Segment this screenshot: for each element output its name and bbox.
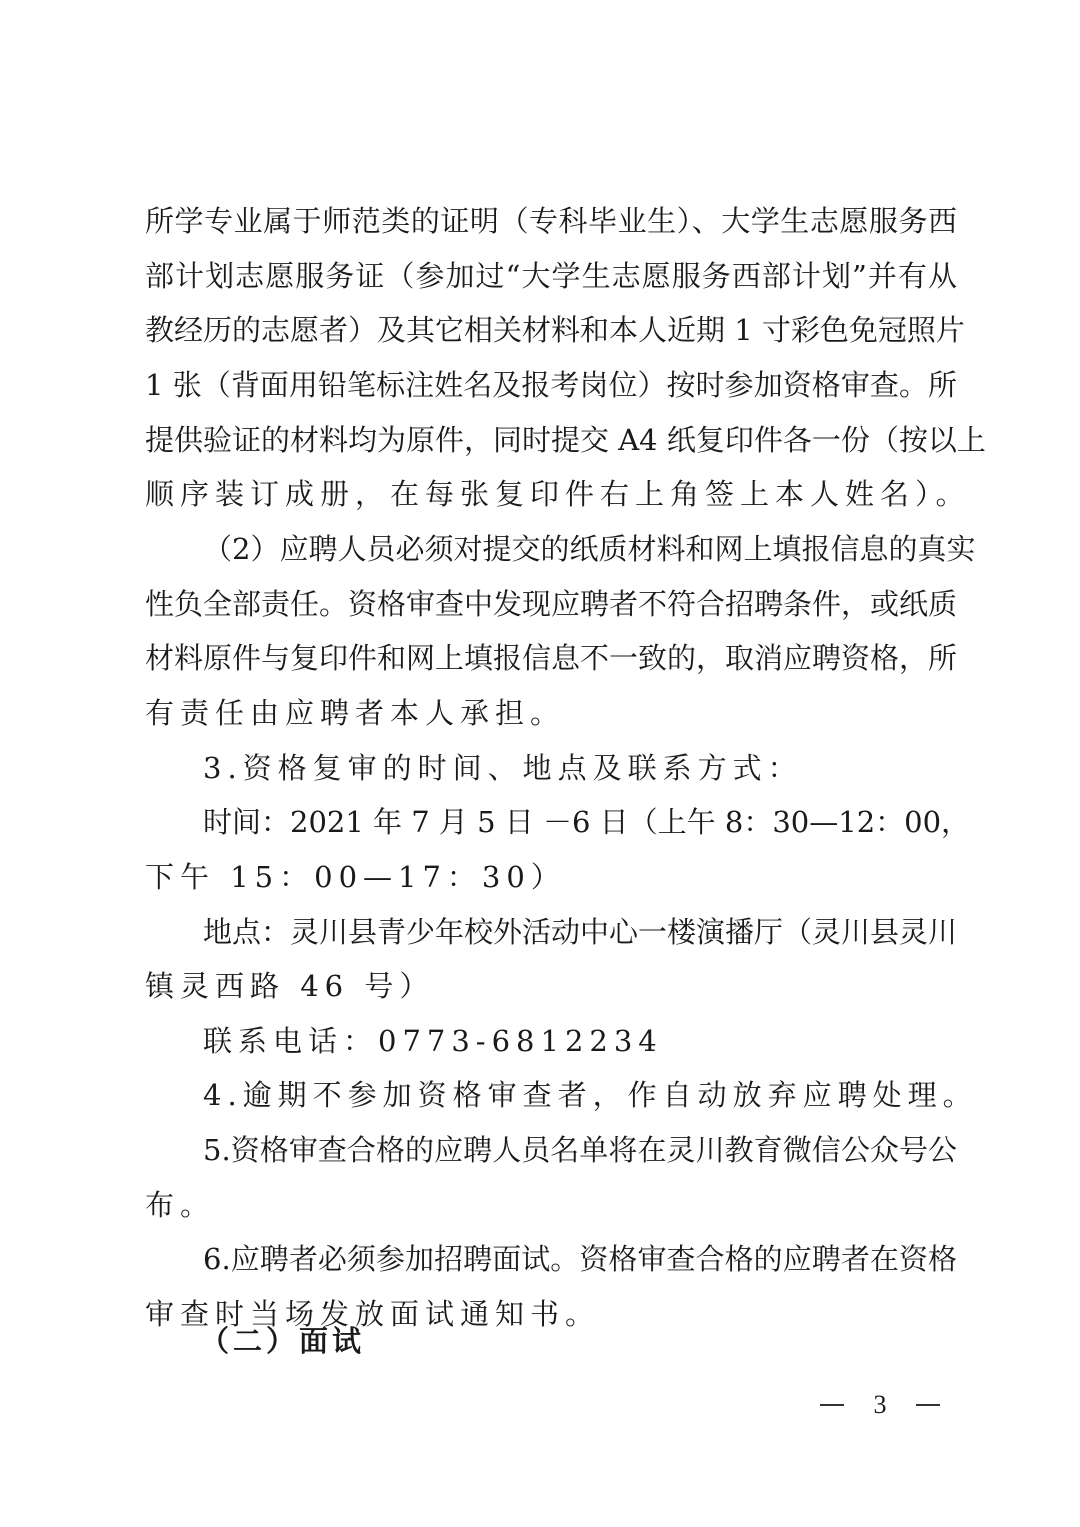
paragraph-line: 所学专业属于师范类的证明（专科毕业生）、大学生志愿服务西 [145,201,957,241]
paragraph-line: 材料原件与复印件和网上填报信息不一致的，取消应聘资格，所 [145,638,957,678]
schedule-time-line: 时间：2021 年 7 月 5 日 －6 日（上午 8：30—12：00， [203,802,957,842]
section-item-3: 3.资格复审的时间、地点及联系方式： [203,748,957,788]
paragraph-line: 部计划志愿服务证（参加过“大学生志愿服务西部计划”并有从 [145,256,957,296]
paragraph-line: 提供验证的材料均为原件，同时提交 A4 纸复印件各一份（按以上 [145,420,957,460]
location-line: 镇灵西路 46 号） [145,966,957,1006]
section-item-4: 4.逾期不参加资格审查者，作自动放弃应聘处理。 [203,1075,957,1115]
page-number-value: 3 [874,1385,887,1425]
section-item-6: 6.应聘者必须参加招聘面试。资格审查合格的应聘者在资格 [203,1239,957,1279]
document-page: 所学专业属于师范类的证明（专科毕业生）、大学生志愿服务西 部计划志愿服务证（参加… [0,0,1080,1527]
location-line: 地点：灵川县青少年校外活动中心一楼演播厅（灵川县灵川 [203,912,957,952]
page-number: 3 [820,1385,940,1425]
contact-phone-line: 联系电话：0773-6812234 [203,1021,957,1061]
section-item-5: 5.资格审查合格的应聘人员名单将在灵川教育微信公众号公 [203,1130,957,1170]
paragraph-line: 1 张（背面用铅笔标注姓名及报考岗位）按时参加资格审查。所 [145,365,957,405]
paragraph-line: 有责任由应聘者本人承担。 [145,693,957,733]
paragraph-line: 顺序装订成册，在每张复印件右上角签上本人姓名）。 [145,474,957,514]
dash-decoration [916,1404,940,1406]
paragraph-line: （2）应聘人员必须对提交的纸质材料和网上填报信息的真实 [203,529,957,569]
schedule-time-line: 下午 15：00—17：30） [145,857,957,897]
paragraph-line: 教经历的志愿者）及其它相关材料和本人近期 1 寸彩色免冠照片 [145,310,957,350]
section-heading-interview: （二）面试 [200,1321,954,1361]
dash-decoration [820,1404,844,1406]
paragraph-line: 布。 [145,1185,957,1225]
paragraph-line: 性负全部责任。资格审查中发现应聘者不符合招聘条件，或纸质 [145,584,957,624]
